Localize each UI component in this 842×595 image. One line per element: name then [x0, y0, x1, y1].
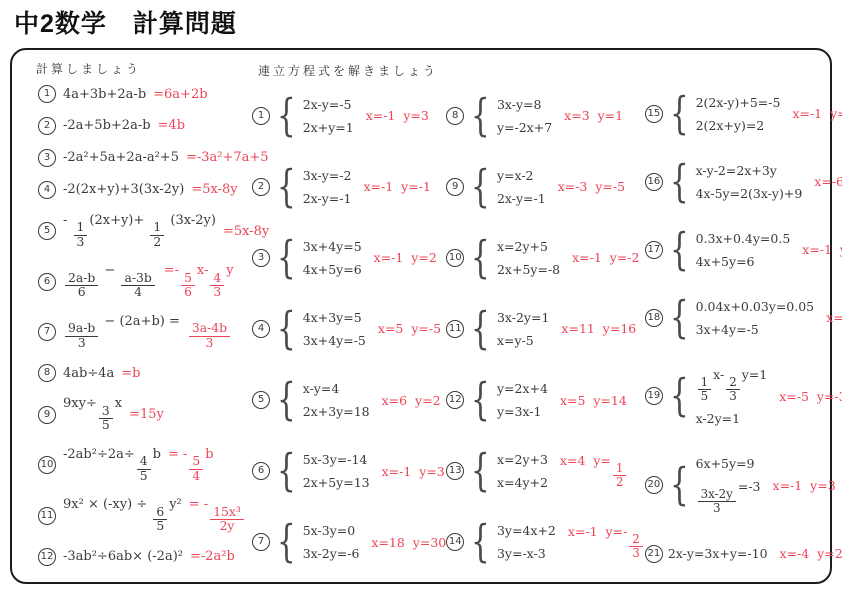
- equation-2: 3x-2y=-6: [303, 546, 360, 561]
- system-answer: x=5 y=14: [560, 393, 627, 408]
- equation-pair: 15x-23y=1 x-2y=1: [696, 367, 768, 426]
- systems-header: 連立方程式を解きましょう: [258, 62, 438, 79]
- equation-2: y=-2x+7: [497, 120, 552, 135]
- problem-expression: - 13(2x+y)+ 12 (3x-2y): [63, 213, 216, 250]
- calc-problem: 10 -2ab²÷2a÷45b = -54b: [38, 447, 258, 484]
- system-problem: 18 { 0.04x+0.03y=0.05 3x+4y=-5 x=5 y=-5: [645, 299, 842, 337]
- fraction: 13: [74, 221, 88, 249]
- equation-2: 4x+5y=6: [303, 262, 362, 277]
- fraction: 35: [99, 405, 113, 433]
- fraction: a-3b4: [121, 272, 154, 300]
- equation-2: 3x-2y3=-3: [696, 479, 761, 515]
- calc-problem: 11 9x² × (-xy) ÷ 65y² = -15x³2y: [38, 497, 258, 534]
- problem-answer: =-56x-43y: [164, 263, 234, 300]
- equation-2: 2(2x+y)=2: [696, 118, 781, 133]
- system-answer: x=-1 y=3: [792, 106, 842, 121]
- equation-1: 0.3x+0.4y=0.5: [696, 231, 791, 246]
- problem-number: 8: [446, 107, 464, 125]
- system-answer: x=18 y=30: [371, 535, 446, 550]
- fraction: 3a-4b3: [189, 322, 230, 350]
- problem-answer: = -15x³2y: [189, 497, 246, 534]
- equation-pair: 5x-3y=0 3x-2y=-6: [303, 523, 360, 561]
- problem-number: 1: [252, 107, 270, 125]
- problem-expression: 4ab÷4a: [63, 366, 114, 381]
- system-problem: 16 { x-y-2=2x+3y 4x-5y=2(3x-y)+9 x=-6 y=…: [645, 163, 842, 201]
- problem-answer: =-2a²b: [190, 549, 235, 564]
- system-problem: 8 { 3x-y=8 y=-2x+7 x=3 y=1: [446, 97, 645, 135]
- equation-1: x-y=4: [303, 381, 370, 396]
- equation-2: 3y=-x-3: [497, 546, 556, 561]
- problem-number: 6: [38, 273, 56, 291]
- system-problem: 3 { 3x+4y=5 4x+5y=6 x=-1 y=2: [252, 239, 446, 277]
- equation-pair: 4x+3y=5 3x+4y=-5: [303, 310, 366, 348]
- problem-number: 17: [645, 241, 663, 259]
- problem-number: 1: [38, 85, 56, 103]
- system-answer: x=-1 y=3: [366, 108, 429, 123]
- system-answer: x=-1 y=-2: [572, 250, 639, 265]
- equation-pair: 6x+5y=9 3x-2y3=-3: [696, 456, 761, 515]
- equation-2: x=4y+2: [497, 475, 548, 490]
- equation-2: 3x+4y=-5: [303, 333, 366, 348]
- equation-2: 2x+3y=18: [303, 404, 370, 419]
- problem-answer: =b: [121, 366, 140, 381]
- fraction: 65: [153, 506, 167, 534]
- problem-number: 16: [645, 173, 663, 191]
- equation-pair: y=2x+4 y=3x-1: [497, 381, 548, 419]
- equation-pair: 3x-2y=1 x=y-5: [497, 310, 549, 348]
- equation-pair: y=x-2 2x-y=-1: [497, 168, 546, 206]
- system-answer: x=-1 y=2: [374, 250, 437, 265]
- problem-expression: -2a+5b+2a-b: [63, 118, 151, 133]
- problem-number: 5: [252, 391, 270, 409]
- system-answer: x=5 y=-5: [378, 321, 441, 336]
- problem-number: 10: [446, 249, 464, 267]
- system-problem: 14 { 3y=4x+2 3y=-x-3 x=-1 y=-23: [446, 523, 645, 561]
- problem-number: 4: [252, 320, 270, 338]
- system-problem: 11 { 3x-2y=1 x=y-5 x=11 y=16: [446, 310, 645, 348]
- problem-answer: = -54b: [168, 447, 214, 484]
- equation-1: 3x-2y=1: [497, 310, 549, 325]
- problem-number: 6: [252, 462, 270, 480]
- systems-column: 8 { 3x-y=8 y=-2x+7 x=3 y=1 9 { y=x-2 2x-…: [446, 80, 645, 578]
- problem-answer: =5x-8y: [191, 182, 237, 197]
- fraction: 15: [698, 376, 712, 403]
- system-problem: 4 { 4x+3y=5 3x+4y=-5 x=5 y=-5: [252, 310, 446, 348]
- problem-number: 9: [446, 178, 464, 196]
- system-answer: x=-1 y=-23: [568, 524, 645, 560]
- system-answer: x=11 y=16: [561, 321, 636, 336]
- equation-1: 3x+4y=5: [303, 239, 362, 254]
- equation-2: x-2y=1: [696, 411, 768, 426]
- equation-pair: x-y-2=2x+3y 4x-5y=2(3x-y)+9: [696, 163, 803, 201]
- problem-answer: =6a+2b: [153, 87, 207, 102]
- problem-number: 20: [645, 476, 663, 494]
- problem-expression: 4a+3b+2a-b: [63, 87, 146, 102]
- equation-1: x-y-2=2x+3y: [696, 163, 803, 178]
- system-problem: 12 { y=2x+4 y=3x-1 x=5 y=14: [446, 381, 645, 419]
- system-problem: 6 { 5x-3y=-14 2x+5y=13 x=-1 y=3: [252, 452, 446, 490]
- system-answer: x=3 y=1: [564, 108, 623, 123]
- problem-answer: =4b: [158, 118, 186, 133]
- equation-1: 2(2x-y)+5=-5: [696, 95, 781, 110]
- fraction: 2a-b6: [65, 272, 98, 300]
- fraction: 56: [181, 272, 195, 300]
- problem-number: 3: [38, 149, 56, 167]
- problem-number: 5: [38, 222, 56, 240]
- problem-number: 15: [645, 105, 663, 123]
- equation-1: x=2y+5: [497, 239, 560, 254]
- problem-number: 2: [38, 117, 56, 135]
- equation-2: 2x+5y=-8: [497, 262, 560, 277]
- equation-pair: x=2y+3 x=4y+2: [497, 452, 548, 490]
- system-problem: 17 { 0.3x+0.4y=0.5 4x+5y=6 x=-1 y=2: [645, 231, 842, 269]
- system-problem: 10 { x=2y+5 2x+5y=-8 x=-1 y=-2: [446, 239, 645, 277]
- problem-number: 13: [446, 462, 464, 480]
- system-problem: 5 { x-y=4 2x+3y=18 x=6 y=2: [252, 381, 446, 419]
- fraction: 12: [150, 221, 164, 249]
- problem-expression: -2ab²÷2a÷45b: [63, 447, 161, 484]
- system-answer: x=-1 y=2: [802, 242, 842, 257]
- equation-1: 5x-3y=0: [303, 523, 360, 538]
- calc-column: 計算しましょう 1 4a+3b+2a-b =6a+2b 2 -2a+5b+2a-…: [36, 60, 258, 576]
- system-problem: 21 2x-y=3x+y=-10 x=-4 y=2: [645, 545, 842, 563]
- equation-pair: 3x-y=-2 2x-y=-1: [303, 168, 352, 206]
- system-problem: 13 { x=2y+3 x=4y+2 x=4 y=12: [446, 452, 645, 490]
- system-answer: x=4 y=12: [560, 453, 629, 489]
- fraction: 54: [189, 455, 203, 483]
- equation-2: 3x+4y=-5: [696, 322, 815, 337]
- problem-number: 4: [38, 181, 56, 199]
- problem-answer: =15y: [129, 407, 164, 422]
- system-answer: x=-4 y=2: [780, 546, 842, 561]
- problem-number: 7: [252, 533, 270, 551]
- equation-pair: 3x+4y=5 4x+5y=6: [303, 239, 362, 277]
- equation-2: y=3x-1: [497, 404, 548, 419]
- equation-1: 6x+5y=9: [696, 456, 761, 471]
- equation-1: 3x-y=-2: [303, 168, 352, 183]
- system-problem: 15 { 2(2x-y)+5=-5 2(2x+y)=2 x=-1 y=3: [645, 95, 842, 133]
- calc-problem: 7 9a-b3 − (2a+b) = 3a-4b3: [38, 314, 258, 351]
- system-answer: x=-1 y=3: [382, 464, 445, 479]
- equation-1: 3x-y=8: [497, 97, 552, 112]
- systems-grid: 1 { 2x-y=-5 2x+y=1 x=-1 y=3 2 { 3x-y=-2 …: [252, 80, 828, 578]
- equation-pair: 0.04x+0.03y=0.05 3x+4y=-5: [696, 299, 815, 337]
- fraction: 23: [726, 376, 740, 403]
- problem-number: 12: [446, 391, 464, 409]
- problem-number: 8: [38, 364, 56, 382]
- calc-problem: 9 9xy÷35x =15y: [38, 396, 258, 433]
- equation-2: 2x-y=-1: [303, 191, 352, 206]
- problem-number: 12: [38, 548, 56, 566]
- problem-number: 7: [38, 323, 56, 341]
- equation-1: 4x+3y=5: [303, 310, 366, 325]
- worksheet-border: 計算しましょう 1 4a+3b+2a-b =6a+2b 2 -2a+5b+2a-…: [10, 48, 832, 584]
- system-answer: x=-5 y=-3: [779, 389, 842, 404]
- problem-answer: 3a-4b3: [187, 314, 232, 351]
- calc-problem: 5 - 13(2x+y)+ 12 (3x-2y) =5x-8y: [38, 213, 258, 250]
- problem-number: 10: [38, 456, 56, 474]
- fraction: 43: [210, 272, 224, 300]
- system-problem: 2 { 3x-y=-2 2x-y=-1 x=-1 y=-1: [252, 168, 446, 206]
- equation-1: 3y=4x+2: [497, 523, 556, 538]
- system-answer: x=5 y=-5: [826, 310, 842, 325]
- equation-1: y=2x+4: [497, 381, 548, 396]
- equation-pair: 2x-y=-5 2x+y=1: [303, 97, 354, 135]
- page-title: 中2数学 計算問題: [14, 4, 237, 40]
- problem-number: 9: [38, 406, 56, 424]
- system-problem: 20 { 6x+5y=9 3x-2y3=-3 x=-1 y=3: [645, 456, 842, 515]
- equation-2: 4x+5y=6: [696, 254, 791, 269]
- system-problem: 19 { 15x-23y=1 x-2y=1 x=-5 y=-3: [645, 367, 842, 426]
- fraction: 3x-2y3: [698, 488, 736, 515]
- systems-column: 1 { 2x-y=-5 2x+y=1 x=-1 y=3 2 { 3x-y=-2 …: [252, 80, 446, 578]
- fraction: 9a-b3: [65, 322, 98, 350]
- equation-2: 2x+y=1: [303, 120, 354, 135]
- equation-2: 4x-5y=2(3x-y)+9: [696, 186, 803, 201]
- equation-pair: 5x-3y=-14 2x+5y=13: [303, 452, 370, 490]
- problem-number: 2: [252, 178, 270, 196]
- problem-expression: -2a²+5a+2a-a²+5: [63, 150, 179, 165]
- equation-2: 2x+5y=13: [303, 475, 370, 490]
- problem-number: 3: [252, 249, 270, 267]
- equation-2: x=y-5: [497, 333, 549, 348]
- fraction: 15x³2y: [210, 506, 244, 534]
- equation-pair: 0.3x+0.4y=0.5 4x+5y=6: [696, 231, 791, 269]
- systems-column: 15 { 2(2x-y)+5=-5 2(2x+y)=2 x=-1 y=3 16 …: [645, 80, 842, 578]
- problem-expression: -3ab²÷6ab× (-2a)²: [63, 549, 183, 564]
- calc-problem: 6 2a-b6 − a-3b4 =-56x-43y: [38, 263, 258, 300]
- system-answer: x=-3 y=-5: [558, 179, 625, 194]
- equation-pair: x=2y+5 2x+5y=-8: [497, 239, 560, 277]
- equation-1: x=2y+3: [497, 452, 548, 467]
- calc-problem: 2 -2a+5b+2a-b =4b: [38, 117, 258, 135]
- problem-number: 11: [446, 320, 464, 338]
- equation-pair: 2(2x-y)+5=-5 2(2x+y)=2: [696, 95, 781, 133]
- equation-1: y=x-2: [497, 168, 546, 183]
- equation-2: 2x-y=-1: [497, 191, 546, 206]
- equation-1: 0.04x+0.03y=0.05: [696, 299, 815, 314]
- equation-pair: 3x-y=8 y=-2x+7: [497, 97, 552, 135]
- system-problem: 9 { y=x-2 2x-y=-1 x=-3 y=-5: [446, 168, 645, 206]
- system-answer: x=-1 y=-1: [363, 179, 430, 194]
- equation-1: 5x-3y=-14: [303, 452, 370, 467]
- problem-expression: 9xy÷35x: [63, 396, 122, 433]
- calc-problem: 8 4ab÷4a =b: [38, 364, 258, 382]
- calc-problem: 12 -3ab²÷6ab× (-2a)² =-2a²b: [38, 548, 258, 566]
- equation-1: 2x-y=-5: [303, 97, 354, 112]
- fraction: 45: [137, 455, 151, 483]
- worksheet-page: 中2数学 計算問題 計算しましょう 1 4a+3b+2a-b =6a+2b 2 …: [0, 0, 842, 595]
- system-problem: 1 { 2x-y=-5 2x+y=1 x=-1 y=3: [252, 97, 446, 135]
- system-answer: x=6 y=2: [382, 393, 441, 408]
- equation-pair: 3y=4x+2 3y=-x-3: [497, 523, 556, 561]
- equation-pair: x-y=4 2x+3y=18: [303, 381, 370, 419]
- problem-expression: 2a-b6 − a-3b4: [63, 263, 157, 300]
- calc-problem: 3 -2a²+5a+2a-a²+5 =-3a²+7a+5: [38, 149, 258, 167]
- problem-number: 11: [38, 507, 56, 525]
- problem-expression: 9x² × (-xy) ÷ 65y²: [63, 497, 182, 534]
- problem-expression: -2(2x+y)+3(3x-2y): [63, 182, 184, 197]
- calc-problem-list: 1 4a+3b+2a-b =6a+2b 2 -2a+5b+2a-b =4b 3 …: [36, 77, 258, 576]
- problem-expression: 9a-b3 − (2a+b) =: [63, 314, 180, 351]
- calc-header: 計算しましょう: [36, 60, 258, 77]
- system-answer: x=-6 y=1: [814, 174, 842, 189]
- problem-expression: 2x-y=3x+y=-10: [668, 546, 768, 561]
- problem-number: 14: [446, 533, 464, 551]
- equation-1: 15x-23y=1: [696, 367, 768, 403]
- problem-number: 21: [645, 545, 663, 563]
- system-problem: 7 { 5x-3y=0 3x-2y=-6 x=18 y=30: [252, 523, 446, 561]
- problem-number: 19: [645, 387, 663, 405]
- problem-number: 18: [645, 309, 663, 327]
- fraction: 23: [629, 533, 643, 560]
- fraction: 12: [613, 462, 627, 489]
- calc-problem: 4 -2(2x+y)+3(3x-2y) =5x-8y: [38, 181, 258, 199]
- system-answer: x=-1 y=3: [773, 478, 836, 493]
- calc-problem: 1 4a+3b+2a-b =6a+2b: [38, 85, 258, 103]
